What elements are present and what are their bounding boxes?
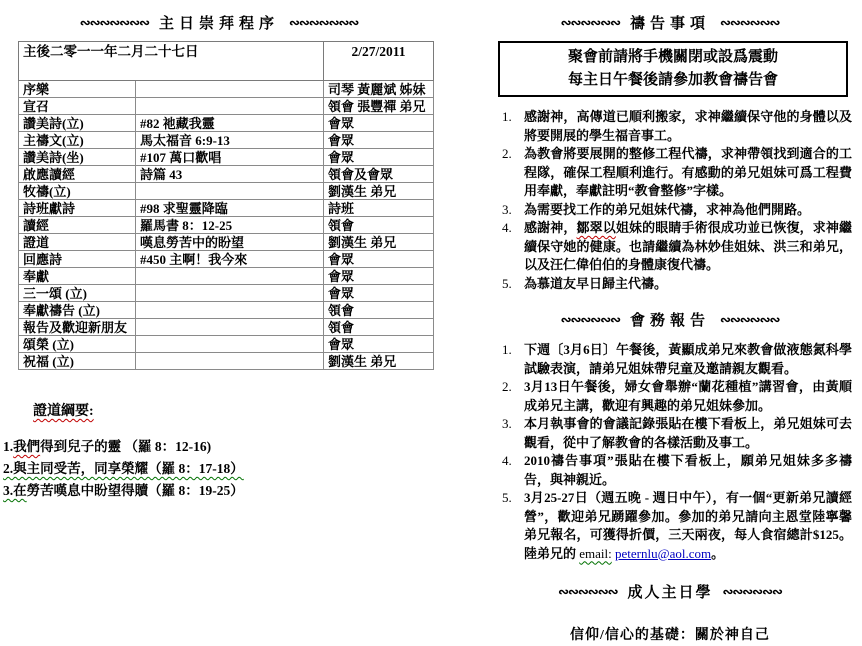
order-leader-cell: 領會 張豐禪 弟兄 <box>324 98 434 115</box>
church-affairs-title-text: 會務報告 <box>630 313 710 329</box>
notice-line: 每主日午餐後請參加教會禱告會 <box>502 69 844 92</box>
order-leader-cell: 劉漢生 弟兄 <box>324 234 434 251</box>
text-run: email: <box>579 546 612 561</box>
order-content-cell <box>136 302 324 319</box>
order-content-cell <box>136 268 324 285</box>
order-leader-cell: 劉漢生 弟兄 <box>324 183 434 200</box>
announcement-item-text: 3月25-27日（週五晚 - 週日中午），有一個“更新弟兄讀經營”，歡迎弟兄踴躍… <box>524 490 852 561</box>
table-row: 宣召領會 張豐禪 弟兄 <box>19 98 434 115</box>
table-row: 三一頌 (立)會眾 <box>19 285 434 302</box>
order-leader-cell: 領會及會眾 <box>324 166 434 183</box>
announcement-item-text: 3月13日午餐後，婦女會舉辦“蘭花種植”講習會，由黃順成弟兄主講，歡迎有興趣的弟… <box>524 379 852 413</box>
text-run: 劉漢生 弟兄 <box>328 184 396 199</box>
order-item-cell: 詩班獻詩 <box>19 200 136 217</box>
sermon-outline: 1.我們得到兒子的靈 （羅 8：12-16)2.與主同受苦，同享榮耀（羅 8：1… <box>3 436 435 502</box>
adult-sunday-school-title: ∾∾∾∾∾∾成人主日學∾∾∾∾∾∾ <box>488 581 852 602</box>
ornament-icon: ∾∾∾∾∾∾∾ <box>80 15 149 30</box>
text-run: 我們 <box>13 439 40 454</box>
announcement-item-text: 下週〔3月6日〕午餐後，黃顯成弟兄來教會做液態氮科學試驗表演，請弟兄姐妹帶兒童及… <box>524 342 852 376</box>
text-run: 證道 <box>23 235 49 250</box>
text-run: 主禱文(立) <box>23 133 84 148</box>
text-run: 詩班 <box>328 201 354 216</box>
table-row: 頌榮 (立)會眾 <box>19 336 434 353</box>
ornament-icon: ∾∾∾∾∾∾ <box>720 15 779 30</box>
ornament-icon: ∾∾∾∾∾∾ <box>561 15 620 30</box>
text-run: 鄒翠以 <box>577 220 616 235</box>
order-content-cell <box>136 319 324 336</box>
order-leader-cell: 會眾 <box>324 149 434 166</box>
announcement-item: 2.3月13日午餐後，婦女會舉辦“蘭花種植”講習會，由黃順成弟兄主講，歡迎有興趣… <box>500 378 852 415</box>
text-run: 宣召 <box>23 99 49 114</box>
text-run: 會眾 <box>328 337 354 352</box>
prayer-item: 3.為需要找工作的弟兄姐妹代禱，求神為他們開路。 <box>500 201 852 220</box>
text-run: 羅馬書 8：12-25 <box>140 218 232 233</box>
prayer-item: 1.感謝神，高傳道已順利搬家，求神繼續保守他的身體以及將要開展的學生福音事工。 <box>500 108 852 145</box>
prayer-item: 4.感謝神，鄒翠以姐妹的眼睛手術很成功並已恢復，求神繼續保守她的健康。也請繼續為… <box>500 219 852 275</box>
text-run: 讚美詩(坐) <box>23 150 84 165</box>
table-row: 奉獻禱告 (立)領會 <box>19 302 434 319</box>
text-run: 領會及會眾 <box>328 167 393 182</box>
text-run: 為需要找工作的弟兄姐妹代禱，求神為他們開路。 <box>524 202 810 217</box>
table-row: 啟應讀經詩篇 43領會及會眾 <box>19 166 434 183</box>
order-item-cell: 宣召 <box>19 98 136 115</box>
text-run: 劉漢生 弟兄 <box>328 354 396 369</box>
order-item-cell: 報告及歡迎新朋友 <box>19 319 136 336</box>
text-run: #107 萬口歡唱 <box>140 150 221 165</box>
worship-order-title-text: 主日崇拜程序 <box>159 16 279 32</box>
table-row: 讚美詩(坐)#107 萬口歡唱會眾 <box>19 149 434 166</box>
text-run: 領會 <box>328 218 354 233</box>
text-run: 會眾 <box>328 133 354 148</box>
list-number: 4. <box>502 219 512 238</box>
order-item-cell: 回應詩 <box>19 251 136 268</box>
text-run: 本月執事會的會議記錄張貼在樓下看板上，弟兄姐妹可去觀看，從中了解教會的各樣活動及… <box>524 416 852 450</box>
worship-order-section: ∾∾∾∾∾∾∾主日崇拜程序∾∾∾∾∾∾∾ 主後二零一一年二月二十七日 2/27/… <box>3 6 435 502</box>
text-run: 報告及歡迎新朋友 <box>23 320 127 335</box>
text-run: 三一頌 (立) <box>23 286 87 301</box>
list-number: 2. <box>502 145 512 164</box>
text-run: 會眾 <box>328 286 354 301</box>
order-item-cell: 三一頌 (立) <box>19 285 136 302</box>
order-leader-cell: 劉漢生 弟兄 <box>324 353 434 370</box>
notice-line: 聚會前請將手機關閉或設爲震動 <box>502 46 844 69</box>
order-content-cell: #98 求聖靈降臨 <box>136 200 324 217</box>
text-run: 下週〔3月6日〕午餐後，黃顯成弟兄來教會做液態氮科學試驗表演，請弟兄姐妹帶兒童及… <box>524 342 852 376</box>
text-run: 奉獻 <box>23 269 49 284</box>
table-row: 牧禱(立)劉漢生 弟兄 <box>19 183 434 200</box>
order-item-cell: 頌榮 (立) <box>19 336 136 353</box>
text-run: 序樂 <box>23 82 49 97</box>
announcement-item: 3.本月執事會的會議記錄張貼在樓下看板上，弟兄姐妹可去觀看，從中了解教會的各樣活… <box>500 415 852 452</box>
prayer-item-text: 為教會將要展開的整修工程代禱，求神帶領找到適合的工程隊，確保工程順利進行。有感動… <box>524 146 852 198</box>
text-run: 勞苦嘆息中盼望得贖（羅 8：19-25） <box>27 483 244 498</box>
order-item-cell: 讚美詩(坐) <box>19 149 136 166</box>
text-run: 為慕道友早日歸主代禱。 <box>524 276 667 291</box>
table-row: 主禱文(立)馬太福音 6:9-13會眾 <box>19 132 434 149</box>
order-content-cell <box>136 183 324 200</box>
announcement-item: 4.2010禱告事項”張貼在樓下看板上，願弟兄姐妹多多禱告，與神親近。 <box>500 452 852 489</box>
text-run: 詩篇 43 <box>140 167 182 182</box>
text-run: 會眾 <box>328 252 354 267</box>
ornament-icon: ∾∾∾∾∾∾ <box>558 584 617 599</box>
text-run: #450 主啊！我今來 <box>140 252 247 267</box>
order-leader-cell: 領會 <box>324 319 434 336</box>
text-run: 讀經 <box>23 218 49 233</box>
order-item-cell: 奉獻禱告 (立) <box>19 302 136 319</box>
text-run: 劉漢生 弟兄 <box>328 235 396 250</box>
table-row: 證道嘆息勞苦中的盼望劉漢生 弟兄 <box>19 234 434 251</box>
announcement-item-text: 2010禱告事項”張貼在樓下看板上，願弟兄姐妹多多禱告，與神親近。 <box>524 453 852 487</box>
order-leader-cell: 會眾 <box>324 115 434 132</box>
order-content-cell <box>136 285 324 302</box>
text-run: 。 <box>711 546 724 561</box>
order-item-cell: 祝福 (立) <box>19 353 136 370</box>
order-leader-cell: 會眾 <box>324 268 434 285</box>
text-run: 領會 <box>328 320 354 335</box>
text-run: 啟應讀經 <box>23 167 75 182</box>
list-number: 5. <box>502 489 512 508</box>
table-row: 詩班獻詩#98 求聖靈降臨詩班 <box>19 200 434 217</box>
prayer-item: 5.為慕道友早日歸主代禱。 <box>500 275 852 294</box>
announcement-item-text: 本月執事會的會議記錄張貼在樓下看板上，弟兄姐妹可去觀看，從中了解教會的各樣活動及… <box>524 416 852 450</box>
announcement-item: 5.3月25-27日（週五晚 - 週日中午），有一個“更新弟兄讀經營”，歡迎弟兄… <box>500 489 852 563</box>
list-number: 3. <box>502 201 512 220</box>
prayer-items-title-text: 禱告事項 <box>630 16 710 32</box>
table-row: 讀經羅馬書 8：12-25領會 <box>19 217 434 234</box>
text-run: #98 求聖靈降臨 <box>140 201 228 216</box>
order-item-cell: 牧禱(立) <box>19 183 136 200</box>
ornament-icon: ∾∾∾∾∾∾ <box>561 312 620 327</box>
text-run: 頌榮 (立) <box>23 337 74 352</box>
worship-order-table: 主後二零一一年二月二十七日 2/27/2011 序樂司琴 黃麗斌 姊妹宣召領會 … <box>18 41 434 370</box>
table-row: 報告及歡迎新朋友領會 <box>19 319 434 336</box>
text-run: 司琴 黃麗斌 姊妹 <box>328 82 426 97</box>
text-run: 感謝神， <box>524 220 577 235</box>
ornament-icon: ∾∾∾∾∾∾ <box>720 312 779 327</box>
prayer-item: 2.為教會將要展開的整修工程代禱，求神帶領找到適合的工程隊，確保工程順利進行。有… <box>500 145 852 201</box>
table-row: 序樂司琴 黃麗斌 姊妹 <box>19 81 434 98</box>
prayer-items-title: ∾∾∾∾∾∾禱告事項∾∾∾∾∾∾ <box>488 12 852 33</box>
sermon-outline-heading: 證道綱要: <box>33 400 94 420</box>
text-run: 感謝神，高傳道已順利搬家，求神繼續保守他的身體以及將要開展的學生福音事工。 <box>524 109 852 143</box>
list-number: 5. <box>502 275 512 294</box>
text-run: 奉獻禱告 (立) <box>23 303 100 318</box>
announcement-list: 1.下週〔3月6日〕午餐後，黃顯成弟兄來教會做液態氮科學試驗表演，請弟兄姐妹帶兒… <box>500 341 852 563</box>
text-run: 牧禱(立) <box>23 184 71 199</box>
text-run: 領會 <box>328 303 354 318</box>
church-affairs-title: ∾∾∾∾∾∾會務報告∾∾∾∾∾∾ <box>488 309 852 330</box>
adult-sunday-school-title-text: 成人主日學 <box>627 585 712 601</box>
prayer-item-text: 感謝神，高傳道已順利搬家，求神繼續保守他的身體以及將要開展的學生福音事工。 <box>524 109 852 143</box>
text-run: 詩班獻詩 <box>23 201 75 216</box>
table-row: 奉獻會眾 <box>19 268 434 285</box>
order-content-cell: #82 祂藏我靈 <box>136 115 324 132</box>
order-item-cell: 序樂 <box>19 81 136 98</box>
text-run: 為教會將要展開的整修工程代禱，求神帶領找到適合的工程隊，確保工程順利進行。有感動… <box>524 146 852 198</box>
text-run: 得到兒子的靈 （羅 8：12-16) <box>40 439 211 454</box>
text-run: 會眾 <box>328 269 354 284</box>
order-content-cell: 詩篇 43 <box>136 166 324 183</box>
table-header-row: 主後二零一一年二月二十七日 2/27/2011 <box>19 42 434 81</box>
order-leader-cell: 領會 <box>324 217 434 234</box>
text-run: 會眾 <box>328 116 354 131</box>
list-number: 2. <box>502 378 512 397</box>
outline-line: 2.與主同受苦，同享榮耀（羅 8：17-18） <box>3 458 435 480</box>
announcements-section: ∾∾∾∾∾∾禱告事項∾∾∾∾∾∾ 聚會前請將手機關閉或設爲震動 每主日午餐後請參… <box>488 6 852 644</box>
outline-line: 3.在勞苦嘆息中盼望得贖（羅 8：19-25） <box>3 480 435 502</box>
text-run: 讚美詩(立) <box>23 116 84 131</box>
text-run: 1. <box>3 439 13 454</box>
prayer-item-text: 感謝神，鄒翠以姐妹的眼睛手術很成功並已恢復，求神繼續保守她的健康。也請繼續為林妙… <box>524 220 852 272</box>
order-leader-cell: 詩班 <box>324 200 434 217</box>
text-run: 領會 張豐禪 弟兄 <box>328 99 426 114</box>
order-item-cell: 證道 <box>19 234 136 251</box>
list-number: 3. <box>502 415 512 434</box>
table-row: 回應詩#450 主啊！我今來會眾 <box>19 251 434 268</box>
order-item-cell: 讀經 <box>19 217 136 234</box>
text-run: #82 祂藏我靈 <box>140 116 215 131</box>
order-content-cell: #450 主啊！我今來 <box>136 251 324 268</box>
list-number: 1. <box>502 341 512 360</box>
prayer-list: 1.感謝神，高傳道已順利搬家，求神繼續保守他的身體以及將要開展的學生福音事工。2… <box>500 108 852 293</box>
text-run: 3.在 <box>3 483 27 498</box>
order-leader-cell: 會眾 <box>324 132 434 149</box>
text-run: 回應詩 <box>23 252 62 267</box>
announcement-item: 1.下週〔3月6日〕午餐後，黃顯成弟兄來教會做液態氮科學試驗表演，請弟兄姐妹帶兒… <box>500 341 852 378</box>
service-date-chinese: 主後二零一一年二月二十七日 <box>19 42 324 81</box>
service-date-numeric: 2/27/2011 <box>324 42 434 81</box>
order-leader-cell: 會眾 <box>324 336 434 353</box>
prayer-item-text: 為慕道友早日歸主代禱。 <box>524 276 667 291</box>
sunday-school-topic: 信仰/信心的基礎：關於神自己 <box>488 624 852 644</box>
text-run: 祝福 (立) <box>23 354 74 369</box>
text-run: 會眾 <box>328 150 354 165</box>
order-leader-cell: 會眾 <box>324 251 434 268</box>
text-run: 2010禱告事項”張貼在樓下看板上，願弟兄姐妹多多禱告，與神親近。 <box>524 453 852 487</box>
order-content-cell <box>136 81 324 98</box>
order-content-cell <box>136 336 324 353</box>
text-run: 2.與主同受苦，同享榮耀（羅 8：17-18） <box>3 461 244 476</box>
order-item-cell: 主禱文(立) <box>19 132 136 149</box>
outline-line: 1.我們得到兒子的靈 （羅 8：12-16) <box>3 436 435 458</box>
text-run: 馬太福音 6:9-13 <box>140 133 230 148</box>
text-run: 3月13日午餐後，婦女會舉辦“蘭花種植”講習會，由黃順成弟兄主講，歡迎有興趣的弟… <box>524 379 852 413</box>
text-run: 嘆息勞苦中的盼望 <box>140 235 244 250</box>
order-content-cell: 羅馬書 8：12-25 <box>136 217 324 234</box>
table-row: 讚美詩(立)#82 祂藏我靈會眾 <box>19 115 434 132</box>
order-content-cell <box>136 98 324 115</box>
order-content-cell: 嘆息勞苦中的盼望 <box>136 234 324 251</box>
order-leader-cell: 領會 <box>324 302 434 319</box>
worship-order-title: ∾∾∾∾∾∾∾主日崇拜程序∾∾∾∾∾∾∾ <box>3 12 435 33</box>
order-item-cell: 讚美詩(立) <box>19 115 136 132</box>
ornament-icon: ∾∾∾∾∾∾ <box>723 584 782 599</box>
order-leader-cell: 司琴 黃麗斌 姊妹 <box>324 81 434 98</box>
order-item-cell: 奉獻 <box>19 268 136 285</box>
order-item-cell: 啟應讀經 <box>19 166 136 183</box>
table-row: 祝福 (立)劉漢生 弟兄 <box>19 353 434 370</box>
order-content-cell: #107 萬口歡唱 <box>136 149 324 166</box>
order-content-cell <box>136 353 324 370</box>
ornament-icon: ∾∾∾∾∾∾∾ <box>289 15 358 30</box>
order-leader-cell: 會眾 <box>324 285 434 302</box>
list-number: 1. <box>502 108 512 127</box>
list-number: 4. <box>502 452 512 471</box>
prayer-item-text: 為需要找工作的弟兄姐妹代禱，求神為他們開路。 <box>524 202 810 217</box>
order-content-cell: 馬太福音 6:9-13 <box>136 132 324 149</box>
notice-box: 聚會前請將手機關閉或設爲震動 每主日午餐後請參加教會禱告會 <box>498 41 848 97</box>
email-link[interactable]: peternlu@aol.com <box>615 546 711 561</box>
